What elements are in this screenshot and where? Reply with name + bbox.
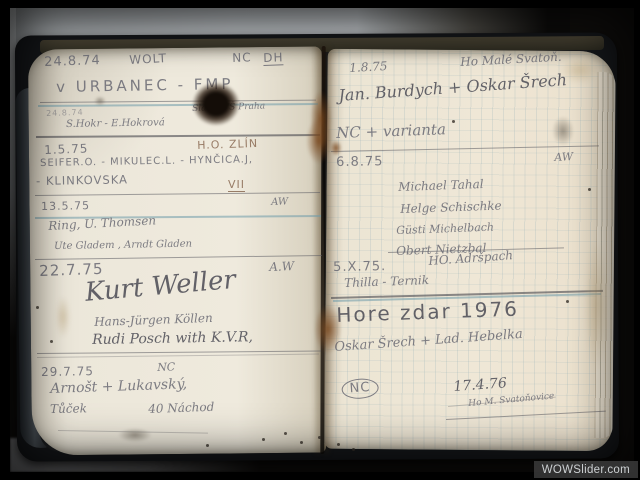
handwriting-line: NC [341, 377, 379, 400]
stain [584, 240, 610, 370]
handwriting-line: 1.8.75 [349, 60, 388, 74]
paper-speck [588, 188, 591, 191]
ruled-line [38, 103, 318, 107]
handwriting-line: Rudi Posch with K.V.R, [92, 330, 253, 347]
paper-speck [206, 444, 209, 447]
handwriting-line: 24.8.74 [44, 54, 101, 69]
paper-speck [50, 340, 53, 343]
annotation-layer: 24.8.74WOLTNCDHv URBANEC - FMP24.8.74Sla… [0, 0, 640, 480]
handwriting-line: Thilla - Ternik [344, 274, 429, 289]
handwriting-line: 17.4.76 [453, 376, 507, 394]
handwriting-line: AW [554, 151, 573, 163]
handwriting-line: AW [271, 197, 288, 208]
stain [314, 304, 342, 354]
stain [306, 118, 332, 164]
watermark-link[interactable]: WOWSlider.com [534, 461, 638, 478]
paper-speck [452, 120, 455, 123]
handwriting-line: NC [157, 361, 175, 373]
handwriting-line: Ho M. Svatoňovice [468, 392, 555, 408]
handwriting-line: NC [232, 51, 252, 64]
frame-left [0, 0, 10, 480]
paper-speck [300, 441, 303, 444]
frame-right [634, 0, 640, 480]
handwriting-line: 13.5.75 [41, 200, 90, 212]
paper-speck [566, 300, 569, 303]
handwriting-line: 6.8.75 [336, 155, 384, 169]
paper-speck [262, 438, 265, 441]
handwriting-line: A.W [269, 260, 294, 273]
ruled-line [35, 192, 320, 196]
handwriting-line: NC + varianta [336, 122, 446, 141]
frame-top [0, 0, 640, 8]
paper-speck [337, 443, 340, 446]
handwriting-line: - KLINKOVSKA [36, 174, 128, 187]
ruled-line [37, 354, 319, 359]
handwriting-line: 29.7.75 [41, 365, 94, 378]
stain [552, 116, 574, 146]
ruled-line [36, 134, 320, 138]
handwriting-line: Tůček [50, 402, 87, 415]
paper-speck [352, 448, 355, 451]
paper-speck [284, 432, 287, 435]
handwriting-line: Kurt Weller [84, 267, 237, 306]
handwriting-line: H.O. ZLÍN [197, 138, 258, 151]
handwriting-line: DH [263, 51, 284, 66]
handwriting-line: 40 Náchod [148, 401, 214, 415]
handwriting-line: Güsti Michelbach [396, 222, 494, 236]
handwriting-line: Jan. Burdych + Oskar Šrech [338, 72, 567, 104]
handwriting-line: 1.5.75 [44, 142, 89, 156]
stain [192, 82, 240, 126]
handwriting-line: S.Hokr - E.Hokrová [66, 118, 165, 130]
stain [56, 296, 70, 338]
stain [118, 428, 152, 442]
handwriting-line: 5.X.75. [333, 260, 386, 274]
paper-speck [318, 436, 321, 439]
handwriting-line: Helge Schischke [400, 199, 502, 215]
handwriting-line: WOLT [129, 52, 167, 66]
ruled-line [446, 411, 606, 421]
handwriting-line: Hans-Jürgen Köllen [94, 312, 213, 328]
slider-stage: 24.8.74WOLTNCDHv URBANEC - FMP24.8.74Sla… [0, 0, 640, 480]
stain [560, 56, 600, 84]
handwriting-line: Oskar Šrech + Lad. Hebelka [334, 328, 523, 354]
paper-speck [36, 306, 39, 309]
handwriting-line: Ute Gladem , Arndt Gladen [54, 240, 192, 252]
stain [94, 96, 106, 106]
handwriting-line: SEIFER.O. - MIKULEC.L. - HYNČICA.J, [40, 155, 253, 169]
handwriting-line: Michael Tahal [398, 178, 484, 193]
handwriting-line: Arnošt + Lukavský, [50, 377, 187, 396]
handwriting-line: 24.8.74 [46, 109, 84, 118]
handwriting-line: Hore zdar 1976 [336, 299, 519, 325]
handwriting-line: Ho Malé Svatoň. [460, 51, 562, 68]
handwriting-line: VII [228, 179, 245, 192]
